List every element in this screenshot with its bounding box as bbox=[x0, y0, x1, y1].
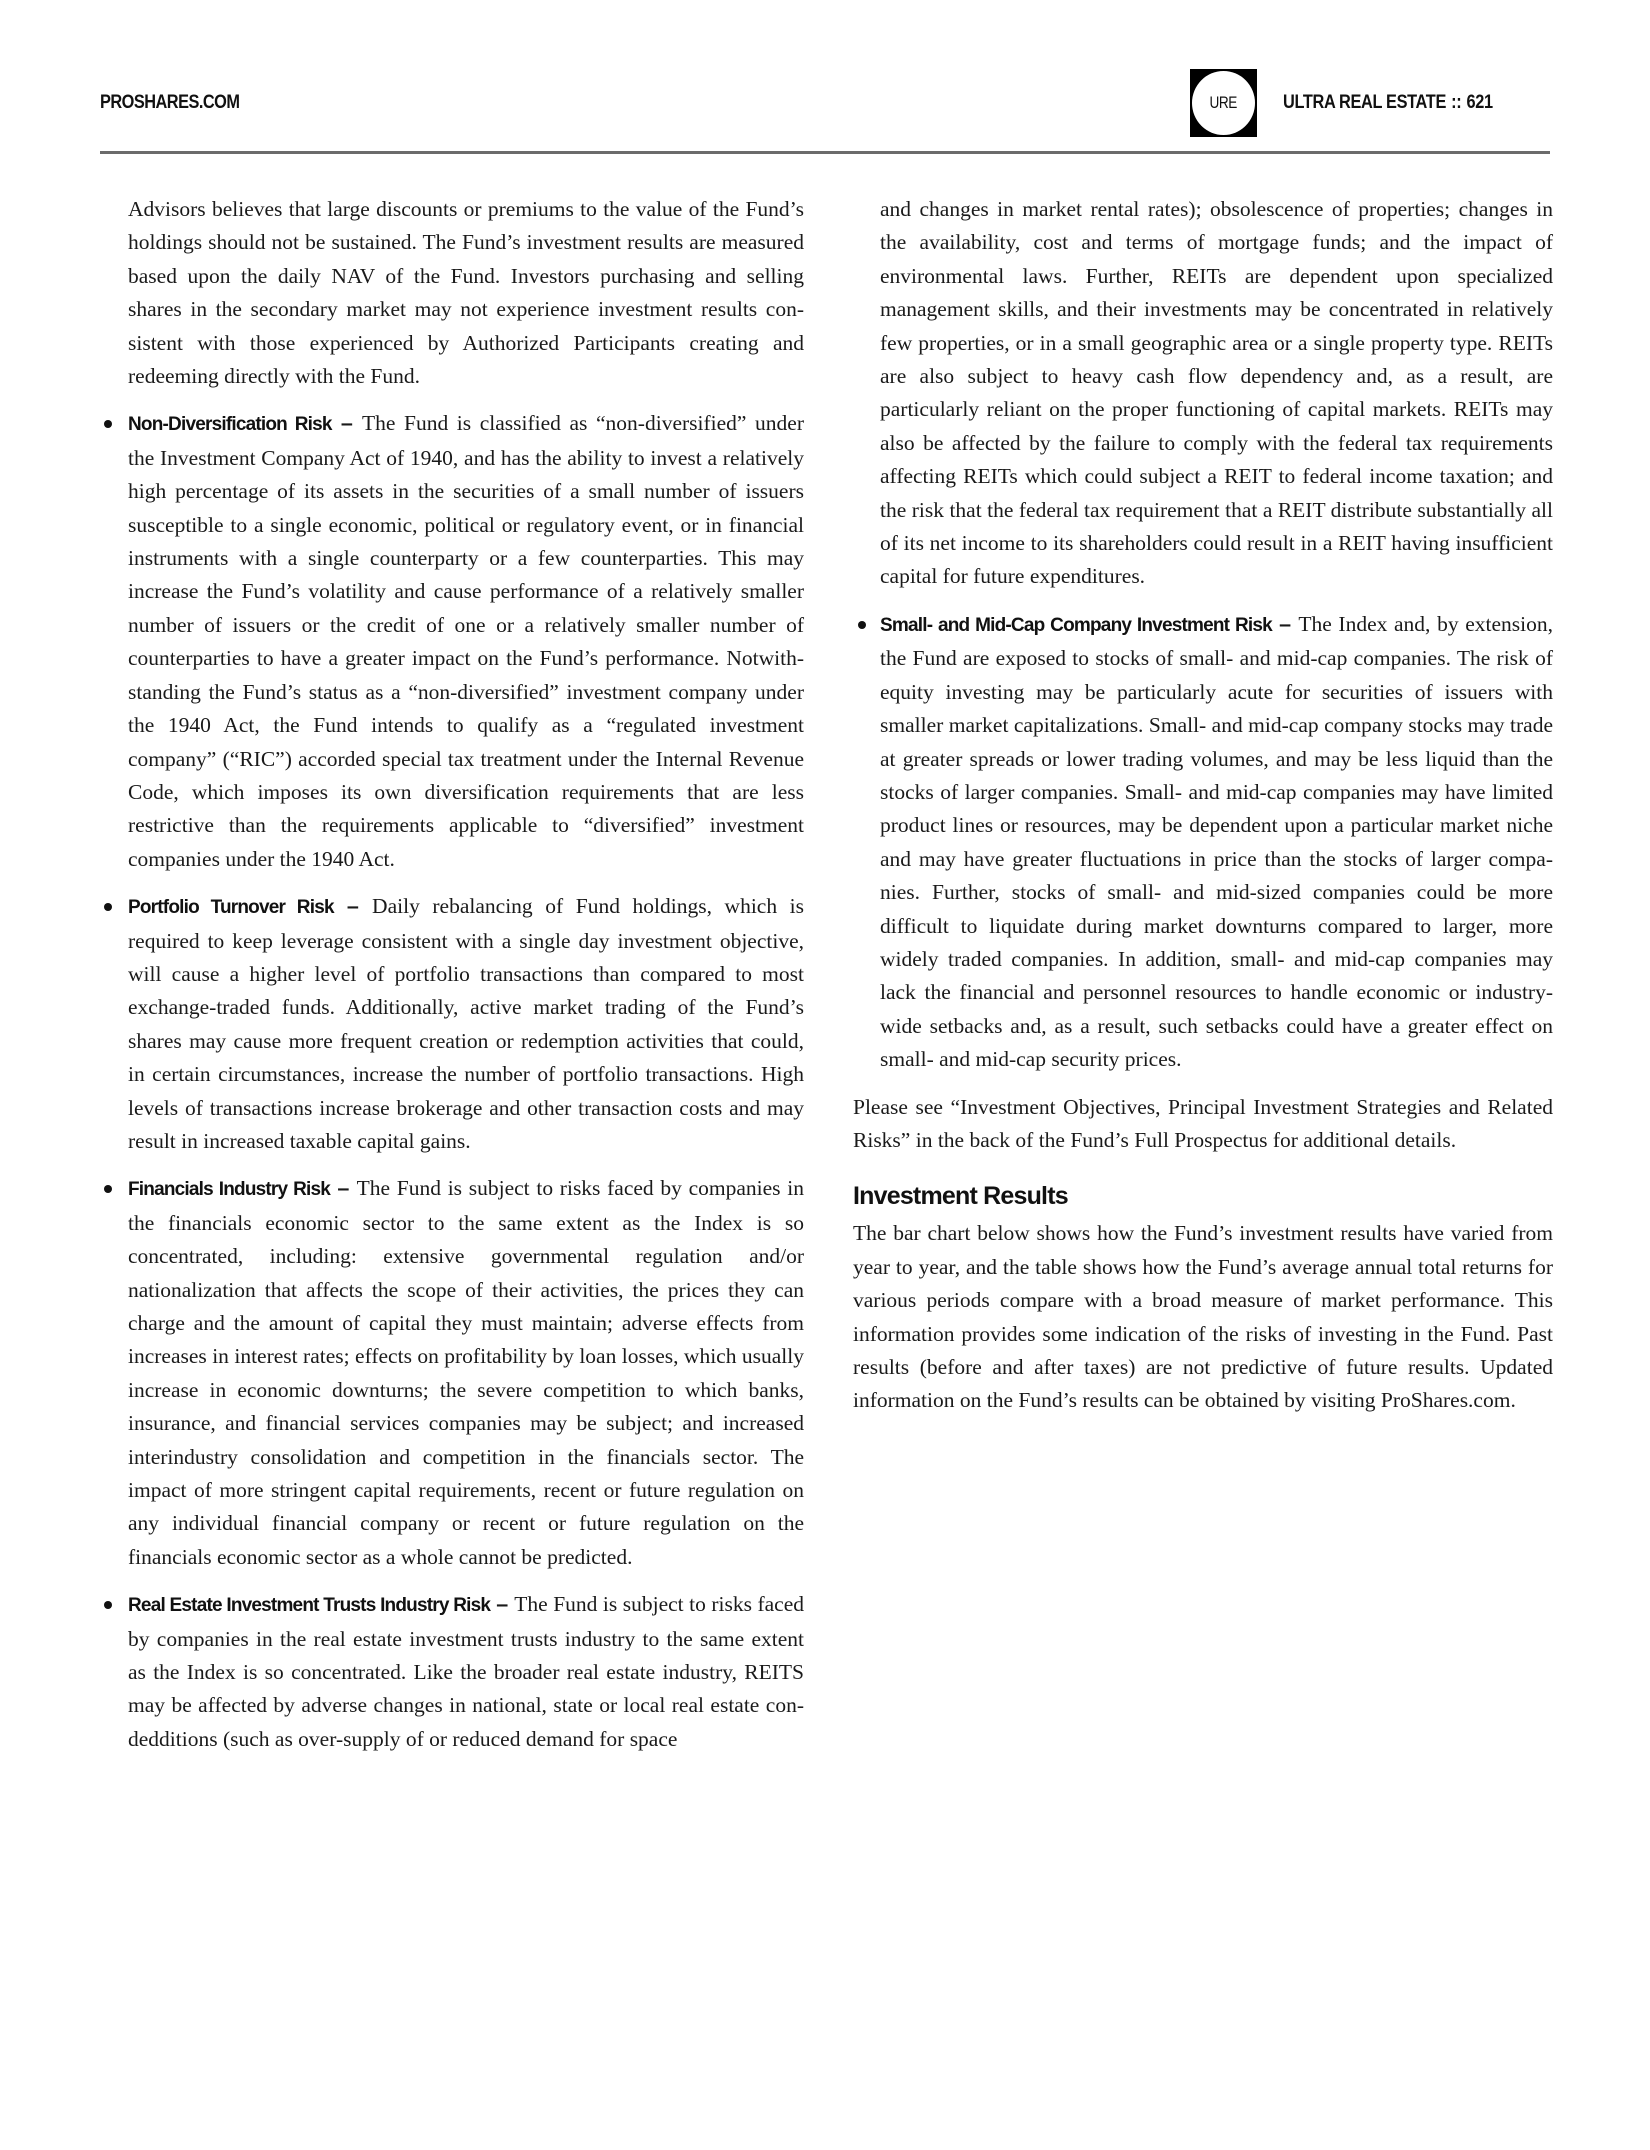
right-column: and changes in market rental rates); obs… bbox=[853, 193, 1553, 1418]
see-also-paragraph: Please see “Investment Objectives, Princ… bbox=[853, 1091, 1553, 1158]
dash: – bbox=[334, 894, 372, 918]
dash: – bbox=[332, 411, 362, 435]
site-name: PROSHARES.COM bbox=[100, 92, 239, 114]
fund-name: ULTRA REAL ESTATE bbox=[1283, 92, 1446, 113]
risk-body: The Fund is subject to risks faced by co… bbox=[128, 1176, 804, 1568]
investment-results-paragraph: The bar chart below shows how the Fund’s… bbox=[853, 1217, 1553, 1417]
intro-paragraph: Advisors believes that large discounts o… bbox=[128, 193, 804, 393]
fund-ticker-logo-icon: URE bbox=[1190, 69, 1257, 137]
risk-title: Real Estate Investment Trusts Industry R… bbox=[128, 1595, 490, 1616]
page-number: 621 bbox=[1467, 92, 1493, 113]
risk-body: Daily rebalancing of Fund holdings, whic… bbox=[128, 894, 804, 1153]
dash: – bbox=[1272, 612, 1298, 636]
header-separator: :: bbox=[1451, 92, 1461, 113]
logo-circle: URE bbox=[1192, 71, 1255, 135]
risk-item-non-diversification: Non-Diversification Risk – The Fund is c… bbox=[128, 407, 804, 876]
risk-body: The Fund is classified as “non-diversifi… bbox=[128, 411, 804, 870]
reit-continuation-paragraph: and changes in market rental rates); obs… bbox=[853, 193, 1553, 594]
logo-ticker: URE bbox=[1210, 93, 1238, 113]
header-rule bbox=[100, 151, 1550, 154]
risk-item-financials-industry: Financials Industry Risk – The Fund is s… bbox=[128, 1172, 804, 1574]
left-column: Advisors believes that large discounts o… bbox=[128, 193, 804, 1756]
risk-title: Portfolio Turnover Risk bbox=[128, 897, 334, 918]
risk-item-reit-industry: Real Estate Investment Trusts Industry R… bbox=[128, 1588, 804, 1756]
risk-item-small-mid-cap: Small- and Mid-Cap Company Investment Ri… bbox=[880, 608, 1553, 1077]
running-head: ULTRA REAL ESTATE::621 bbox=[1283, 92, 1493, 114]
risk-item-portfolio-turnover: Portfolio Turnover Risk – Daily rebalanc… bbox=[128, 890, 804, 1158]
risk-body: The Index and, by extension, the Fund ar… bbox=[880, 612, 1553, 1071]
dash: – bbox=[330, 1176, 357, 1200]
dash: – bbox=[490, 1592, 514, 1616]
risk-title: Non-Diversification Risk bbox=[128, 414, 332, 435]
risk-title: Financials Industry Risk bbox=[128, 1179, 330, 1200]
risk-title: Small- and Mid-Cap Company Investment Ri… bbox=[880, 615, 1272, 636]
section-heading-investment-results: Investment Results bbox=[853, 1179, 1553, 1213]
